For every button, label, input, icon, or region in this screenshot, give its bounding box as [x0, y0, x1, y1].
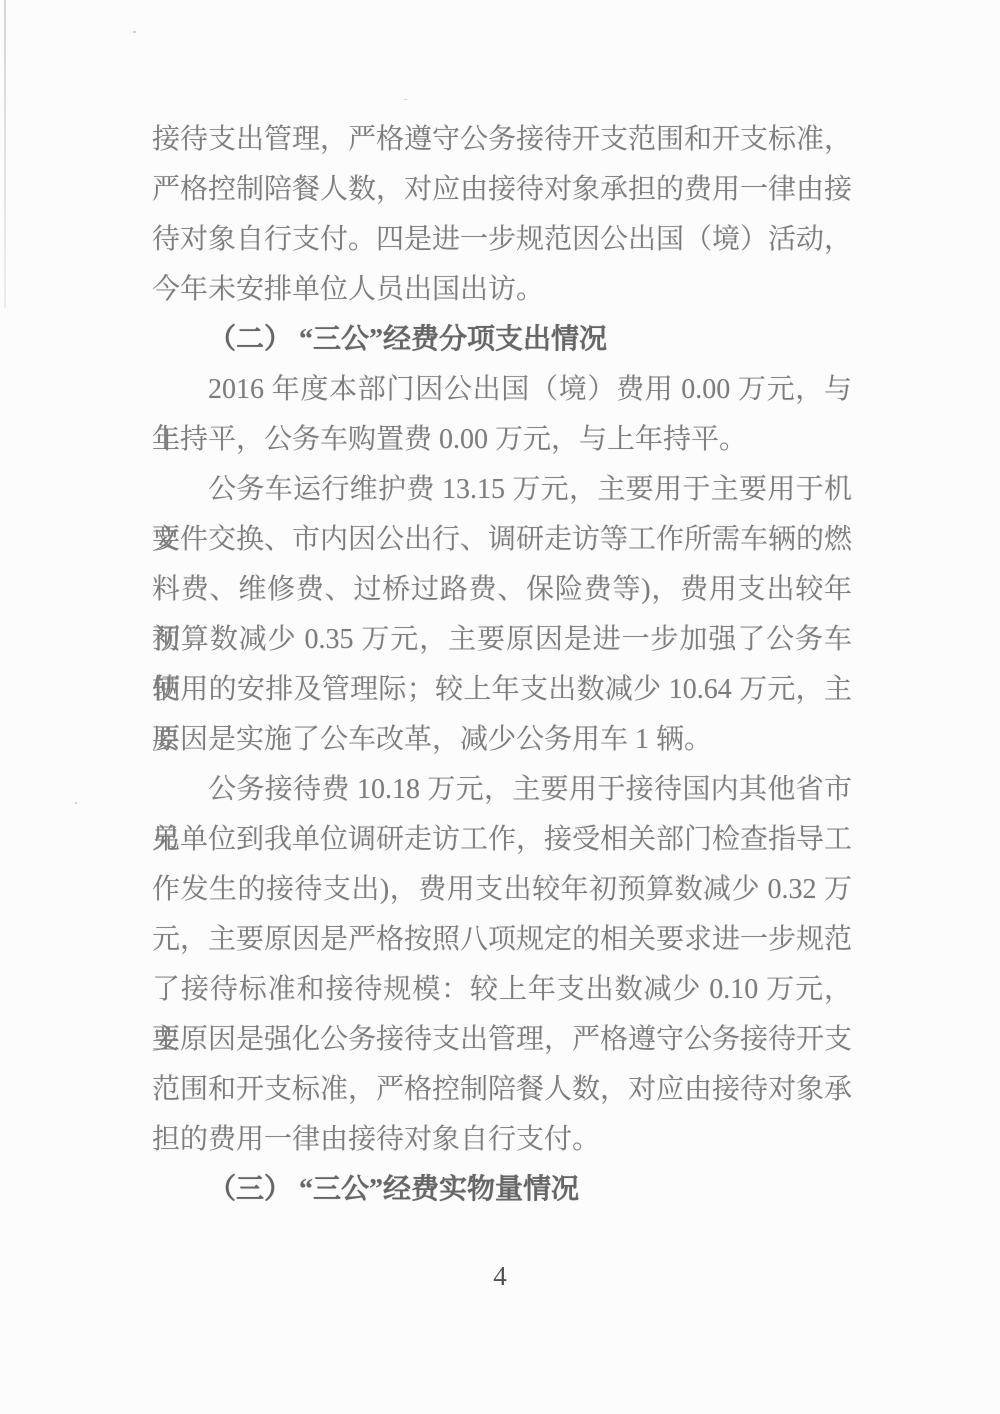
body-line: 料费、维修费、过桥过路费、保险费等)，费用支出较年初 [152, 565, 852, 615]
scan-speck [404, 99, 407, 100]
body-line: 使用的安排及管理际；较上年支出数减少 10.64 万元，主要 [152, 665, 852, 715]
body-line: 范围和开支标准，严格控制陪餐人数，对应由接待对象承 [152, 1065, 852, 1115]
section-heading: （三） “三公”经费实物量情况 [152, 1165, 852, 1215]
body-line: 了接待标准和接待规模：较上年支出数减少 0.10 万元，主 [152, 965, 852, 1015]
body-line: 预算数减少 0.35 万元，主要原因是进一步加强了公务车辆 [152, 615, 852, 665]
body-line: 作发生的接待支出)，费用支出较年初预算数减少 0.32 万 [152, 865, 852, 915]
body-line: 原因是实施了公车改革，减少公务用车 1 辆。 [152, 715, 852, 765]
body-line: 待对象自行支付。四是进一步规范因公出国（境）活动， [152, 215, 852, 265]
body-line: 要原因是强化公务接待支出管理，严格遵守公务接待开支 [152, 1015, 852, 1065]
page-number: 4 [0, 1256, 1000, 1296]
body-line: 接待支出管理，严格遵守公务接待开支范围和开支标准， [152, 115, 852, 165]
body-line: 2016 年度本部门因公出国（境）费用 0.00 万元，与上 [152, 365, 852, 415]
body-line: 公务接待费 10.18 万元，主要用于接待国内其他省市兄 [152, 765, 852, 815]
body-line: 年持平，公务车购置费 0.00 万元，与上年持平。 [152, 415, 852, 465]
document-body: 接待支出管理，严格遵守公务接待开支范围和开支标准， 严格控制陪餐人数，对应由接待… [152, 115, 852, 1215]
scan-artifact-edge-line [4, 0, 6, 308]
body-line: 公务车运行维护费 13.15 万元，主要用于主要用于机要 [152, 465, 852, 515]
body-line: 严格控制陪餐人数，对应由接待对象承担的费用一律由接 [152, 165, 852, 215]
scan-speck [75, 802, 77, 804]
body-line: 弟单位到我单位调研走访工作，接受相关部门检查指导工 [152, 815, 852, 865]
scanned-document-page: 接待支出管理，严格遵守公务接待开支范围和开支标准， 严格控制陪餐人数，对应由接待… [0, 0, 1000, 1414]
body-line: 担的费用一律由接待对象自行支付。 [152, 1115, 852, 1165]
scan-speck [133, 31, 136, 33]
body-line: 文件交换、市内因公出行、调研走访等工作所需车辆的燃 [152, 515, 852, 565]
section-heading: （二） “三公”经费分项支出情况 [152, 315, 852, 365]
body-line: 元，主要原因是严格按照八项规定的相关要求进一步规范 [152, 915, 852, 965]
body-line: 今年未安排单位人员出国出访。 [152, 265, 852, 315]
